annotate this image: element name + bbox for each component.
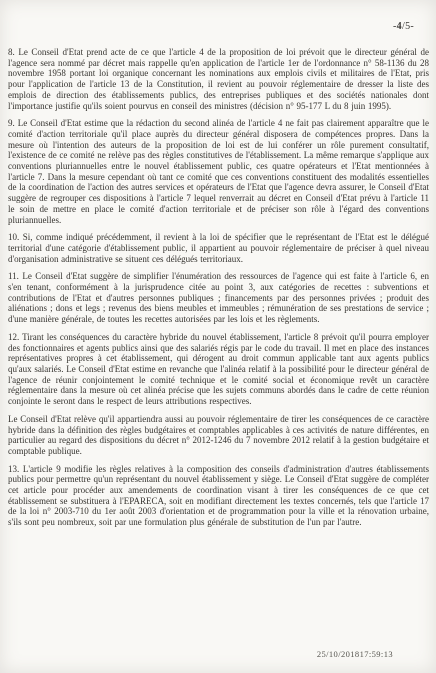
document-body: 8. Le Conseil d'Etat prend acte de ce qu… <box>8 47 429 535</box>
paragraph-13: 13. L'article 9 modifie les règles relat… <box>8 464 429 528</box>
scan-timestamp: 25/10/201817:59:13 <box>317 649 393 659</box>
paragraph-9: 9. Le Conseil d'Etat estime que la rédac… <box>8 118 429 225</box>
paragraph-8: 8. Le Conseil d'Etat prend acte de ce qu… <box>8 47 429 111</box>
scanned-document-page: -4/5- 8. Le Conseil d'Etat prend acte de… <box>0 0 436 673</box>
page-number: -4/5- <box>393 21 414 32</box>
paragraph-10: 10. Si, comme indiqué précédemment, il r… <box>8 232 429 264</box>
paragraph-12-continued: Le Conseil d'Etat relève qu'il appartien… <box>8 414 429 457</box>
paragraph-12: 12. Tirant les conséquences du caractère… <box>8 332 429 407</box>
page-number-suffix: /5- <box>402 21 414 32</box>
paragraph-11: 11. Le Conseil d'Etat suggère de simplif… <box>8 271 429 325</box>
